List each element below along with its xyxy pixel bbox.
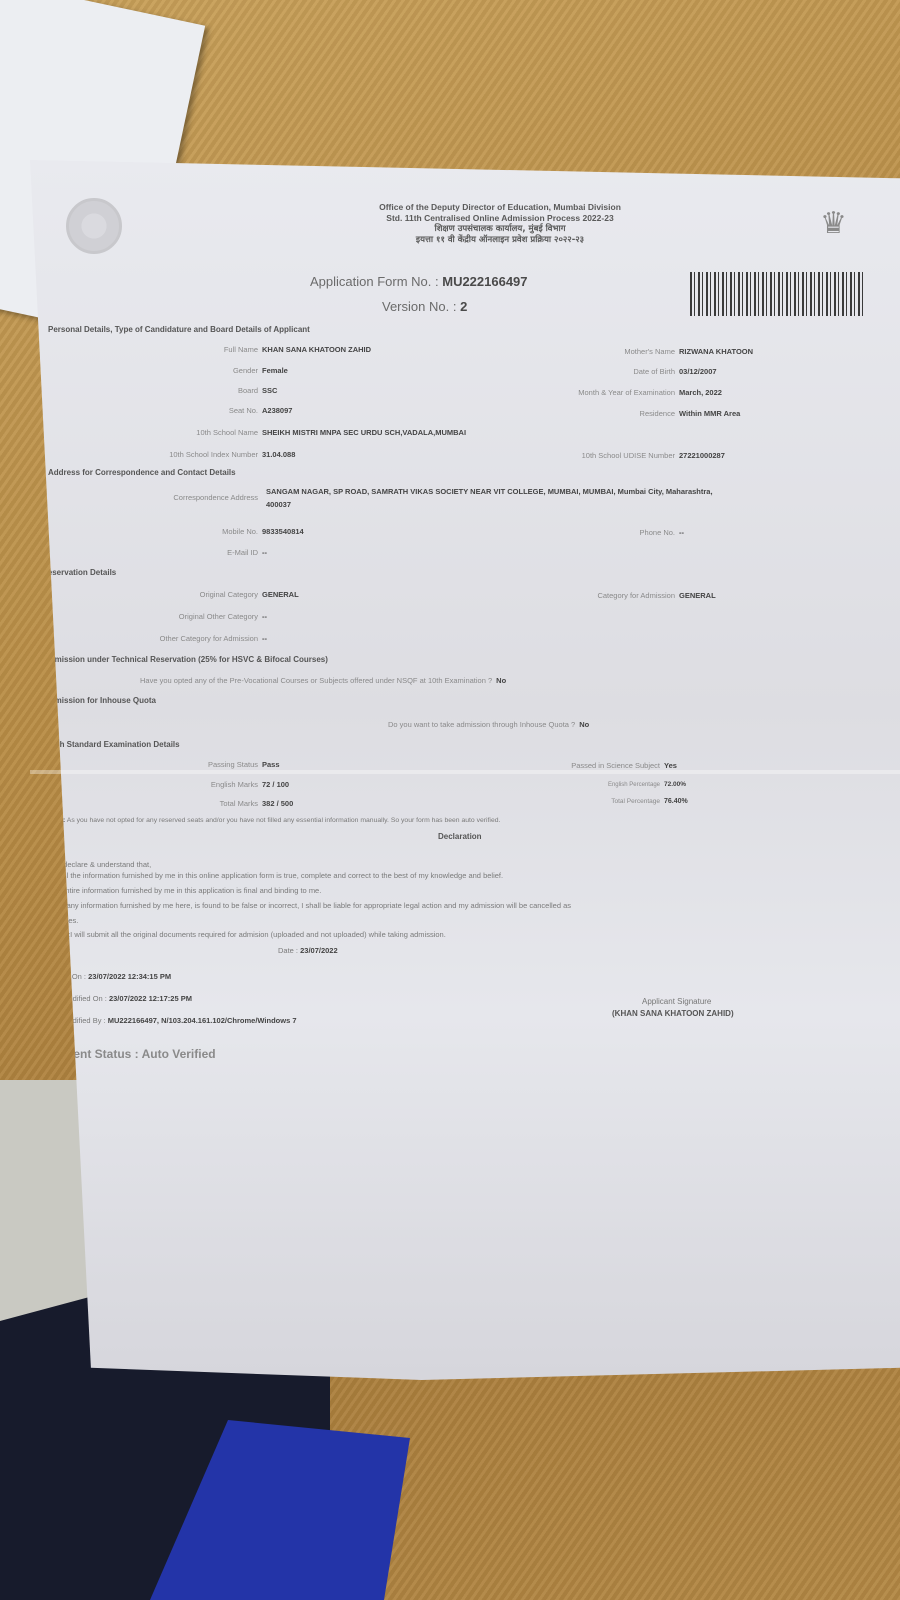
total-marks-row: Total Marks382 / 500 [48,799,293,808]
label: Phone No. [460,528,675,537]
label: Mother's Name [460,347,675,356]
label: Original Other Category [48,612,258,621]
application-form-number: Application Form No. : MU222166497 [310,274,528,289]
note-text: As you have not opted for any reserved s… [67,817,501,824]
label: Board [48,386,258,395]
form-header: Office of the Deputy Director of Educati… [290,202,710,246]
value: Within MMR Area [679,409,740,418]
process-title-marathi: इयत्ता ११ वी केंद्रीय ऑनलाइन प्रवेश प्रक… [290,235,710,246]
label: Original Category [48,590,258,599]
inhouse-heading: Admission for Inhouse Quota [44,696,156,705]
residence-row: ResidenceWithin MMR Area [460,409,740,418]
value: RIZWANA KHATOON [679,347,753,356]
note-text: I will submit all the original documents… [70,930,446,939]
mobile-row: Mobile No.9833540814 [48,527,304,536]
value: 76.40% [664,798,688,805]
signature-label: Applicant Signature [642,997,711,1006]
technical-question-row: Have you opted any of the Pre-Vocational… [140,676,506,685]
correspondence-address-row: Correspondence Address [48,493,258,502]
value: SSC [262,386,277,395]
passing-status-row: Passing StatusPass [48,760,280,769]
board-row: BoardSSC [48,386,277,395]
value: GENERAL [679,591,716,600]
value: GENERAL [262,590,299,599]
address-line-1: SANGAM NAGAR, SP ROAD, SAMRATH VIKAS SOC… [262,487,713,496]
paper-fold-line [30,770,900,774]
value: 72.00% [664,781,686,788]
app-no-value: MU222166497 [442,274,527,289]
value: 23/07/2022 [300,946,338,955]
school-index-row: 10th School Index Number31.04.088 [48,450,295,459]
value: KHAN SANA KHATOON ZAHID [262,345,371,354]
value: A238097 [262,406,292,415]
value: 27221000287 [679,451,725,460]
office-title-marathi: शिक्षण उपसंचालक कार्यालय, मुंबई विभाग [290,224,710,235]
reservation-heading: Reservation Details [42,568,116,577]
declaration-item: 2. Entire information furnished by me in… [52,886,321,895]
label: Category for Admission [460,591,675,600]
value: 23/07/2022 12:34:15 PM [88,972,171,981]
value: 72 / 100 [262,780,289,789]
value: 9833540814 [262,527,304,536]
exam-heading: 10th Standard Examination Details [48,740,180,749]
label: Gender [48,366,258,375]
label: Passing Status [48,760,258,769]
label: Total Marks [48,799,258,808]
full-name-row: Full NameKHAN SANA KHATOON ZAHID [48,345,371,354]
value: Yes [664,761,677,770]
total-pct-row: Total Percentage76.40% [430,796,688,805]
office-title: Office of the Deputy Director of Educati… [290,202,710,213]
value: 03/12/2007 [679,367,717,376]
value: -- [262,548,267,557]
maharashtra-seal-icon [66,198,122,254]
science-row: Passed in Science SubjectYes [430,761,677,770]
english-pct-row: English Percentage72.00% [430,779,686,788]
ashoka-emblem-icon: ♛ [820,206,847,241]
date-row: Date : 23/07/2022 [278,946,338,955]
address-heading: Address for Correspondence and Contact D… [48,468,236,477]
declaration-item: 3. If any information furnished by me he… [52,901,571,910]
technical-heading: Admission under Technical Reservation (2… [44,655,328,664]
label: Mobile No. [48,527,258,536]
value: MU222166497, N/103.204.161.102/Chrome/Wi… [108,1016,297,1025]
label: English Marks [48,780,258,789]
english-marks-row: English Marks72 / 100 [48,780,289,789]
label: E-Mail ID [48,548,258,557]
declaration-item: 1. All the information furnished by me i… [52,871,503,880]
signature-name: (KHAN SANA KHATOON ZAHID) [612,1009,734,1018]
app-no-label: Application Form No. : [310,274,439,289]
label: 10th School Index Number [48,450,258,459]
value: -- [262,634,267,643]
other-admission-row: Other Category for Admission-- [48,634,267,643]
process-title: Std. 11th Centralised Online Admission P… [290,213,710,224]
exam-month-row: Month & Year of ExaminationMarch, 2022 [460,388,722,397]
label: Other Category for Admission [48,634,258,643]
original-other-row: Original Other Category-- [48,612,267,621]
label: Date of Birth [460,367,675,376]
label: Do you want to take admission through In… [388,720,575,729]
label: Seat No. [48,406,258,415]
label: Passed in Science Subject [430,761,660,770]
label: 10th School Name [48,428,258,437]
value: SHEIKH MISTRI MNPA SEC URDU SCH,VADALA,M… [262,428,466,437]
value: No [579,720,589,729]
gender-row: GenderFemale [48,366,288,375]
last-modified-by-row: Last Modified By : MU222166497, N/103.20… [46,1016,297,1025]
label: Residence [460,409,675,418]
dob-row: Date of Birth03/12/2007 [460,367,717,376]
personal-heading: Personal Details, Type of Candidature an… [48,325,310,334]
label: Correspondence Address [48,493,258,502]
phone-row: Phone No.-- [460,528,684,537]
auto-verified-note: Note : As you have not opted for any res… [46,817,500,824]
value: 23/07/2022 12:17:25 PM [109,994,192,1003]
category-admission-row: Category for AdmissionGENERAL [460,591,716,600]
label: English Percentage [430,782,660,788]
label: Total Percentage [430,798,660,805]
value: Female [262,366,288,375]
value: 31.04.088 [262,450,295,459]
status-value: Auto Verified [142,1047,216,1061]
version-value: 2 [460,299,467,314]
seat-no-row: Seat No.A238097 [48,406,292,415]
school-name-row: 10th School NameSHEIKH MISTRI MNPA SEC U… [48,428,466,437]
declaration-heading: Declaration [438,832,482,841]
udise-row: 10th School UDISE Number27221000287 [460,451,725,460]
value: No [496,676,506,685]
value: 382 / 500 [262,799,293,808]
value: SANGAM NAGAR, SP ROAD, SAMRATH VIKAS SOC… [266,487,713,496]
version-number: Version No. : 2 [382,299,467,314]
version-label: Version No. : [382,299,456,314]
label: 10th School UDISE Number [460,451,675,460]
mother-name-row: Mother's NameRIZWANA KHATOON [460,347,753,356]
value: -- [679,528,684,537]
value: 400037 [266,500,291,509]
value: -- [262,612,267,621]
barcode-icon [690,272,865,316]
inhouse-question-row: Do you want to take admission through In… [388,720,589,729]
label: Have you opted any of the Pre-Vocational… [140,676,492,685]
documents-note: *Note :I will submit all the original do… [46,930,446,939]
value: Pass [262,760,280,769]
email-row: E-Mail ID-- [48,548,267,557]
label: Full Name [48,345,258,354]
label: Month & Year of Examination [460,388,675,397]
label: Date : [278,946,298,955]
original-category-row: Original CategoryGENERAL [48,590,299,599]
value: March, 2022 [679,388,722,397]
address-line-2: 400037 [262,500,291,509]
